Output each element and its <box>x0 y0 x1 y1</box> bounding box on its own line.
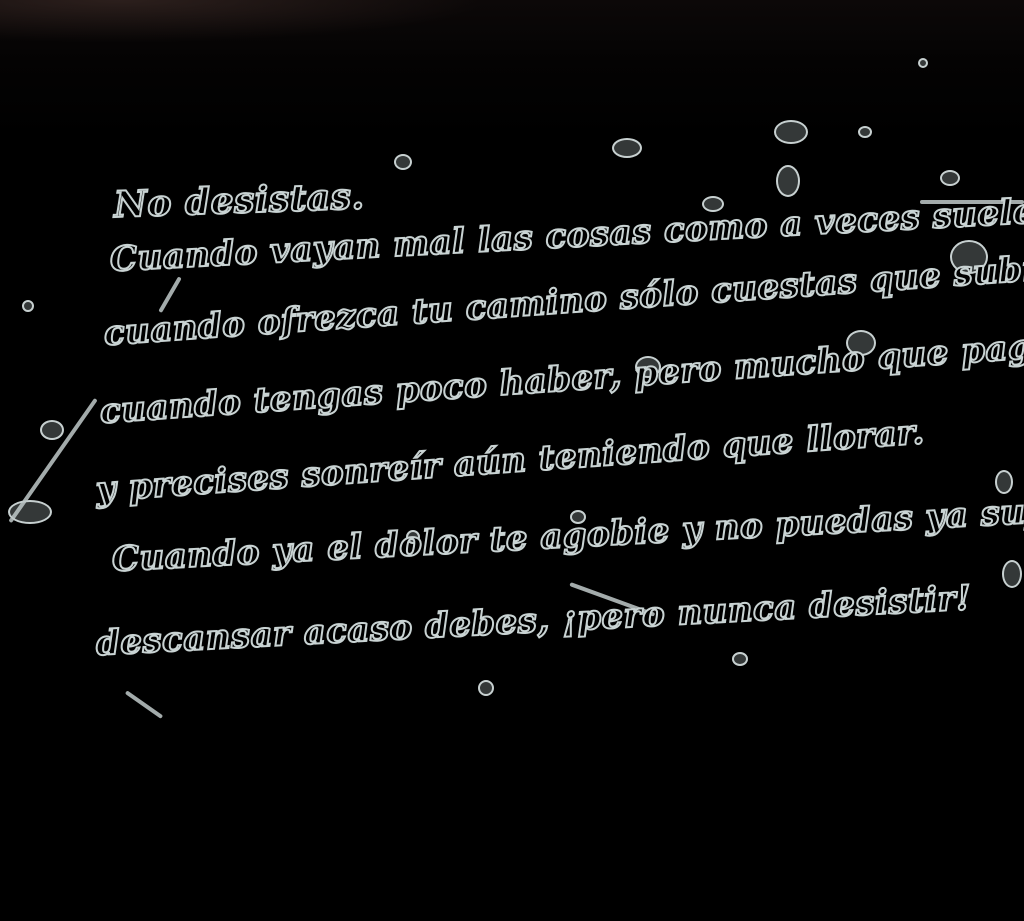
poem-line-5: Cuando ya el dolor te agobie y no puedas… <box>111 488 1024 580</box>
chalk-speck <box>394 154 412 170</box>
chalk-speck <box>732 652 748 666</box>
chalk-speck <box>918 58 928 68</box>
chalk-streak <box>8 398 97 523</box>
poem-title: No desistas. <box>113 175 365 226</box>
poem-line-6: descansar acaso debes, ¡pero nunca desis… <box>95 578 972 664</box>
chalk-speck <box>858 126 872 138</box>
chalk-speck <box>774 120 808 144</box>
chalk-streak <box>125 690 163 719</box>
chalk-speck <box>776 165 800 197</box>
chalk-speck <box>22 300 34 312</box>
poem-line-4: y precises sonreír aún teniendo que llor… <box>95 412 926 510</box>
handwritten-poem-photo: No desistas. Cuando vayan mal las cosas … <box>0 0 1024 921</box>
chalk-streak <box>158 276 181 313</box>
chalk-speck <box>612 138 642 158</box>
chalk-speck <box>40 420 64 440</box>
chalk-speck <box>995 470 1013 494</box>
chalk-speck <box>940 170 960 186</box>
chalk-speck <box>478 680 494 696</box>
chalk-speck <box>1002 560 1022 588</box>
